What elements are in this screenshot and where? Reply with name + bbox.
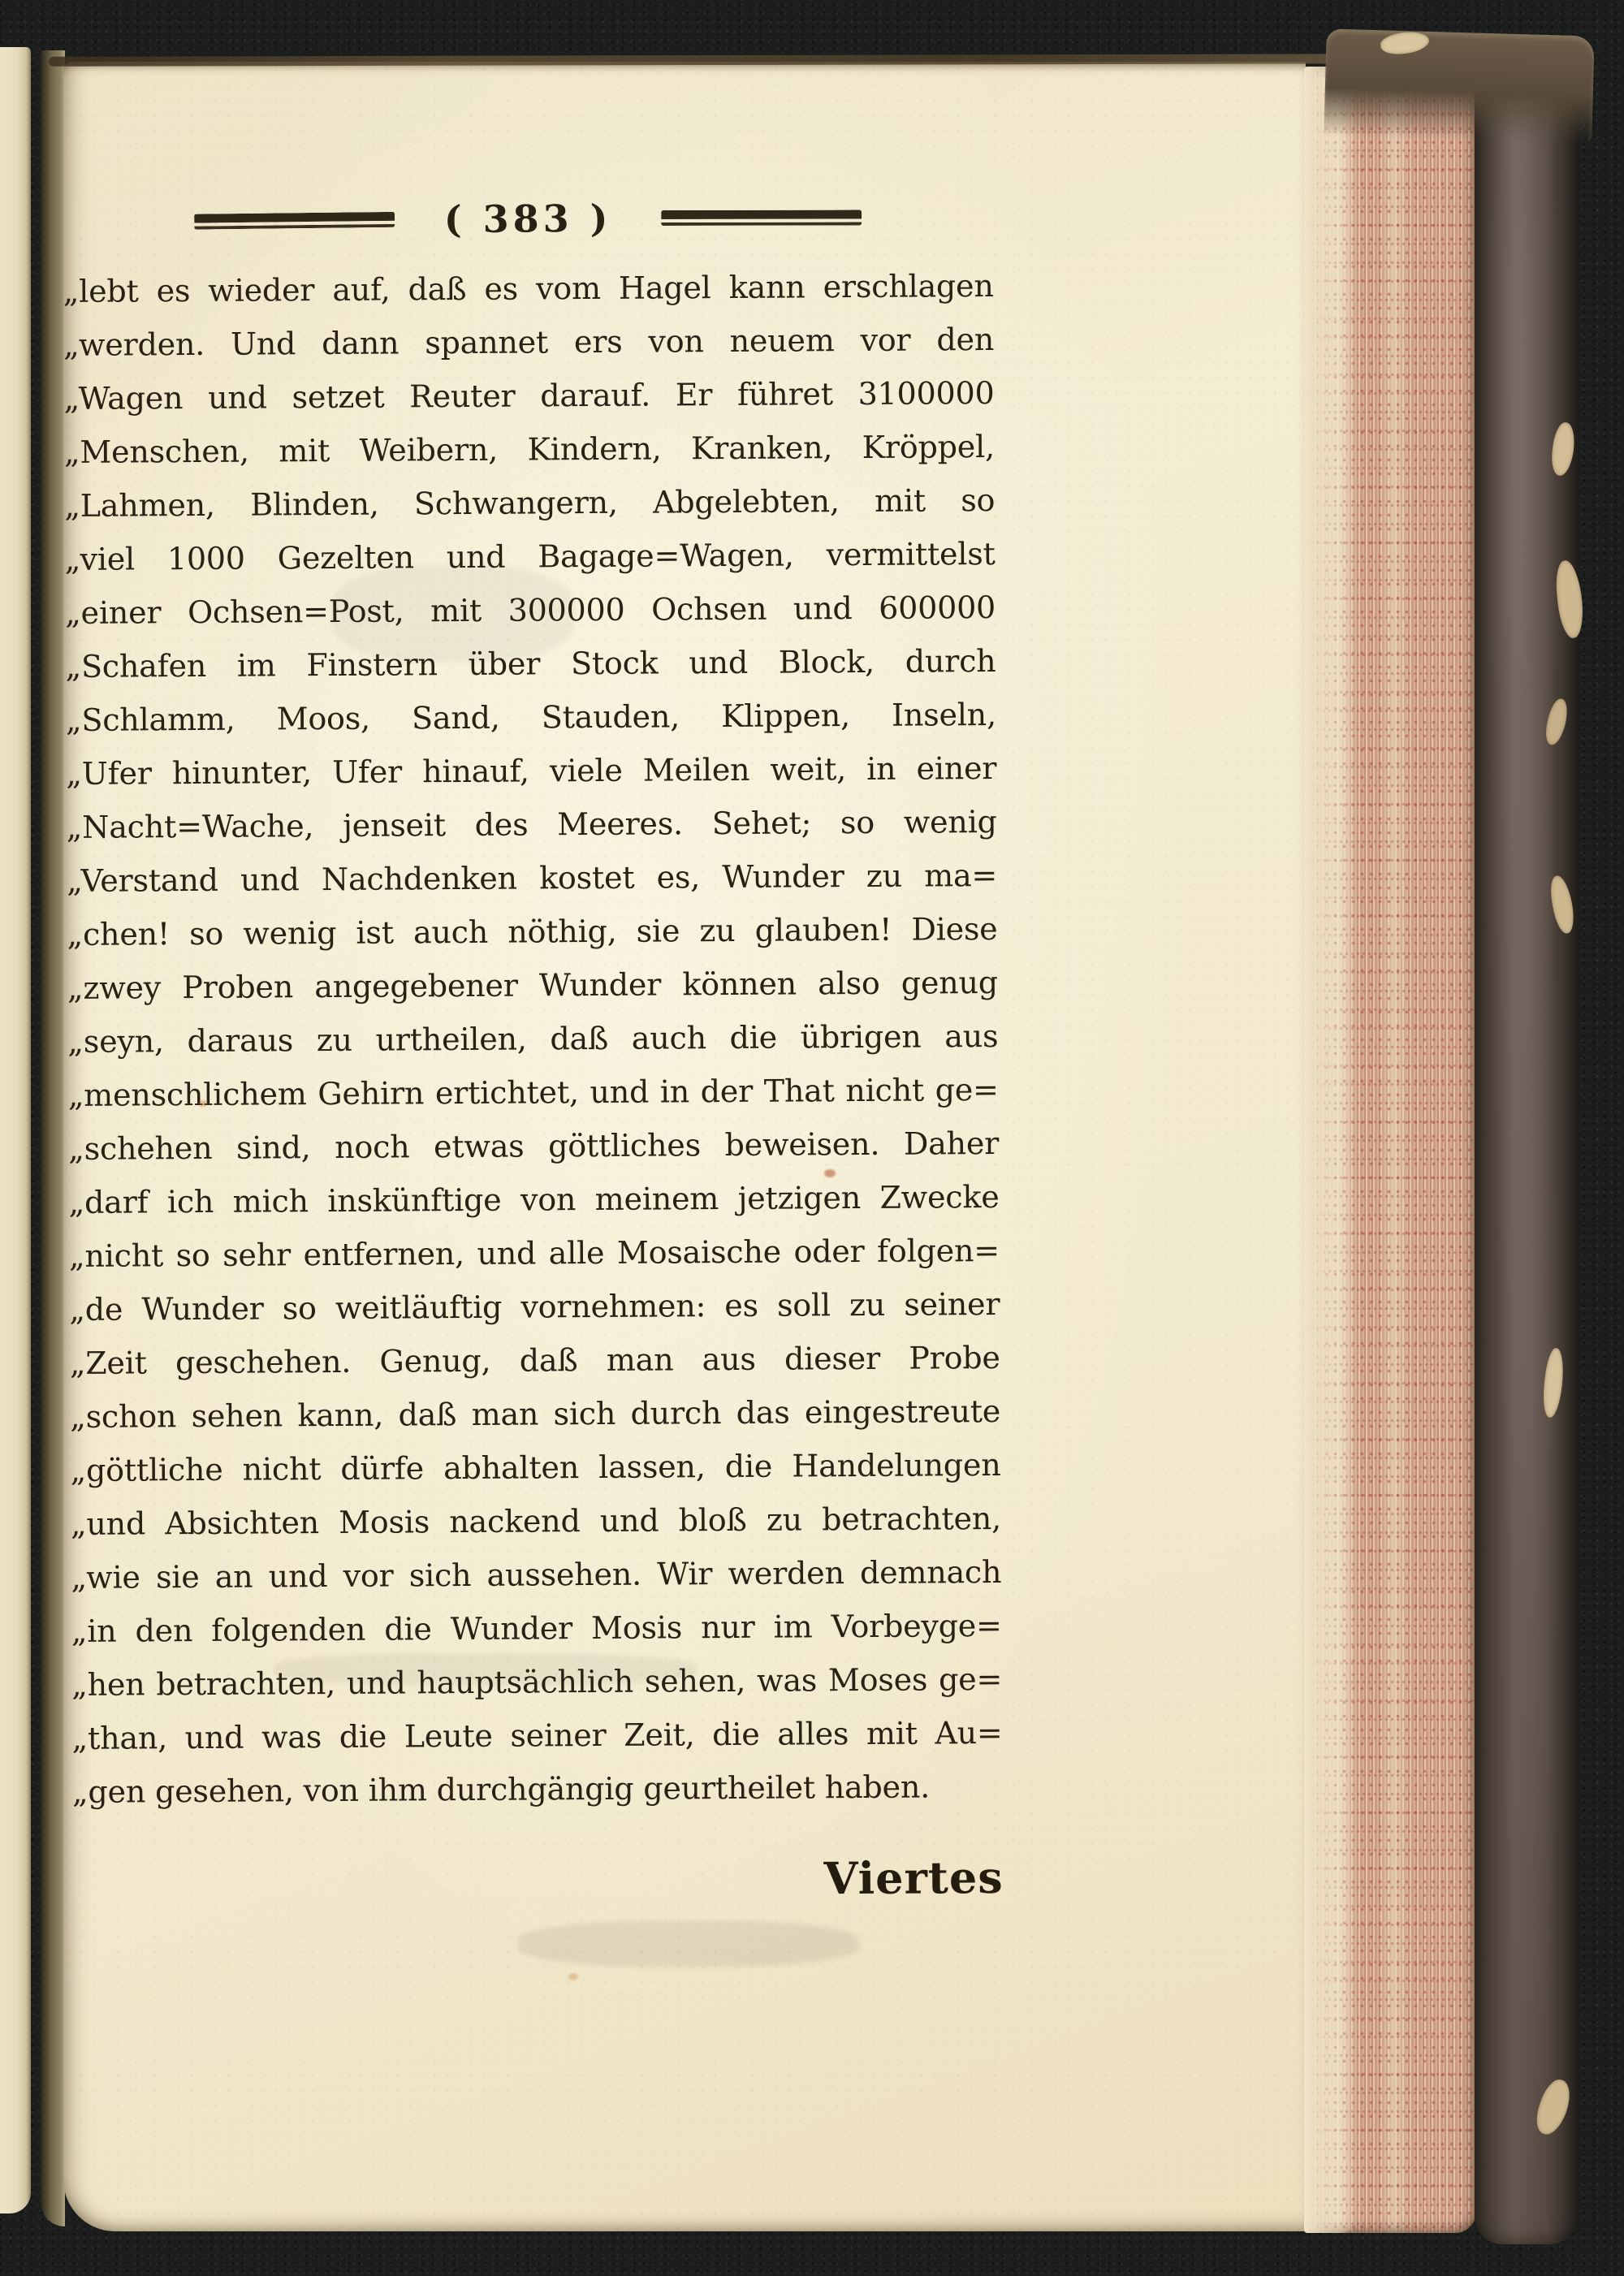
text-line: „und Absichten Mosis nackend und bloß zu…: [71, 1492, 1001, 1551]
book-photograph: ( 383 ) „lebt es wieder auf, daß es vom …: [0, 0, 1624, 2276]
gutter-shadow: [41, 50, 65, 2226]
text-line: „Schlamm, Moos, Sand, Stauden, Klippen, …: [66, 688, 996, 747]
body-text: „lebt es wieder auf, daß es vom Hagel ka…: [63, 259, 1003, 1819]
catchword: Viertes: [72, 1851, 1003, 1910]
text-line: „in den folgenden die Wunder Mosis nur i…: [71, 1599, 1002, 1658]
text-line: „zwey Proben angegebener Wunder können a…: [67, 956, 998, 1015]
text-line: „wie sie an und vor sich aussehen. Wir w…: [71, 1545, 1001, 1604]
worn-top-corner: [1324, 28, 1595, 143]
text-line: „Nacht=Wache, jenseit des Meeres. Sehet;…: [67, 795, 997, 854]
text-line: „lebt es wieder auf, daß es vom Hagel ka…: [63, 259, 993, 318]
text-line: „einer Ochsen=Post, mit 300000 Ochsen un…: [65, 581, 996, 640]
text-line: „Menschen, mit Weibern, Kindern, Kranken…: [64, 420, 995, 479]
header-rule-right: [661, 209, 862, 225]
text-line: „Wagen und setzet Reuter darauf. Er führ…: [63, 366, 994, 425]
page-text-block: ( 383 ) „lebt es wieder auf, daß es vom …: [63, 194, 1004, 1910]
text-line: „viel 1000 Gezelten und Bagage=Wagen, ve…: [65, 527, 996, 586]
text-line: „schon sehen kann, daß man sich durch da…: [70, 1384, 1000, 1444]
text-line: „chen! so wenig ist auch nöthig, sie zu …: [67, 902, 997, 961]
text-line: „gen gesehen, von ihm durchgängig geurth…: [72, 1760, 1003, 1819]
text-line: „Schafen im Finstern über Stock und Bloc…: [65, 634, 996, 693]
text-line: „göttliche nicht dürfe abhalten lassen, …: [70, 1438, 1000, 1497]
page-number: ( 383 ): [444, 197, 612, 241]
page-header: ( 383 ): [194, 195, 862, 243]
text-line: „Zeit geschehen. Genug, daß man aus dies…: [70, 1331, 1000, 1390]
text-line: „Verstand und Nachdenken kostet es, Wund…: [67, 849, 997, 908]
text-line: „de Wunder so weitläuftig vornehmen: es …: [69, 1277, 1000, 1337]
text-line: „hen betrachten, und hauptsächlich sehen…: [71, 1652, 1002, 1712]
text-line: „werden. Und dann spannet ers von neuem …: [63, 313, 994, 372]
leather-cover-edge: [1475, 45, 1579, 2244]
text-line: „seyn, daraus zu urtheilen, daß auch die…: [67, 1009, 998, 1069]
facing-page-sliver: [0, 47, 31, 2213]
text-line: „nicht so sehr entfernen, und alle Mosai…: [69, 1224, 1000, 1283]
text-line: „Lahmen, Blinden, Schwangern, Abgelebten…: [64, 473, 995, 533]
showthrough-smudge: [518, 1921, 859, 1967]
text-line: „Ufer hinunter, Ufer hinauf, viele Meile…: [66, 741, 996, 801]
fore-edge-pages: [1304, 67, 1476, 2233]
text-line: „schehen sind, noch etwas göttliches bew…: [68, 1116, 999, 1176]
header-rule-left: [194, 211, 395, 229]
text-line: „darf ich mich inskünftige von meinem je…: [68, 1170, 999, 1229]
text-line: „than, und was die Leute seiner Zeit, di…: [71, 1706, 1002, 1765]
text-line: „menschlichem Gehirn ertichtet, und in d…: [68, 1063, 999, 1122]
